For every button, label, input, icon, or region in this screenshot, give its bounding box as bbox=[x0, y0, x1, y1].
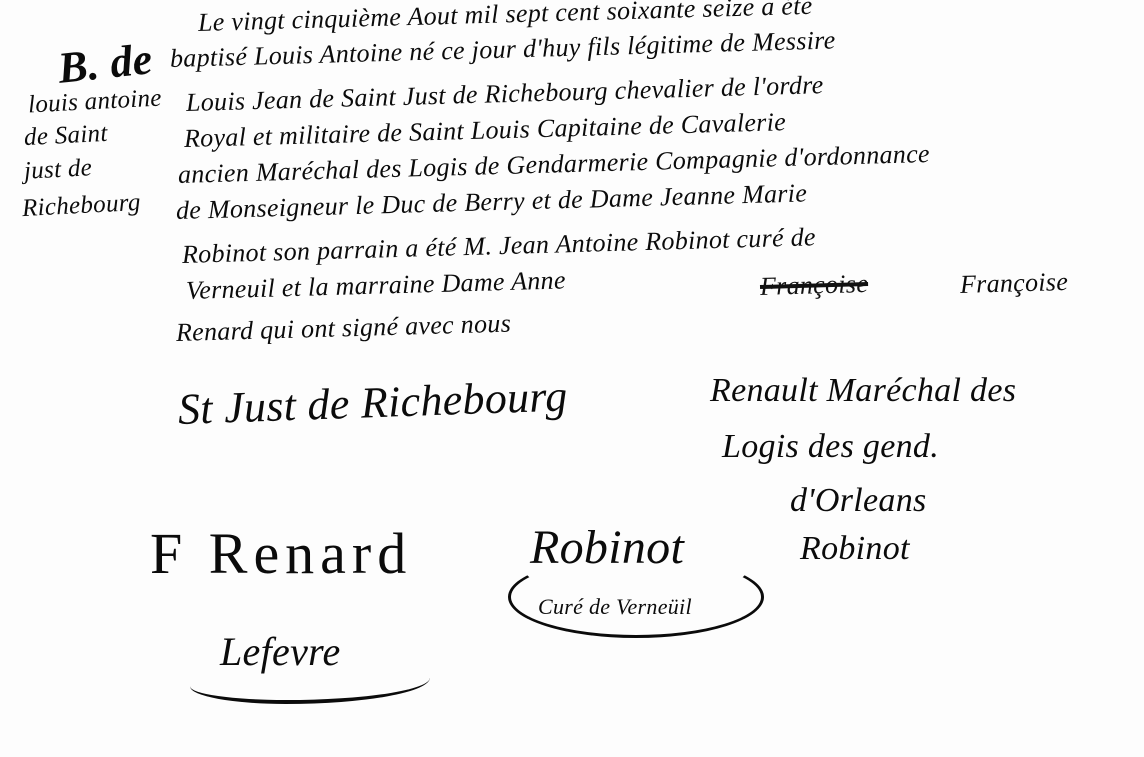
signature-witness-line-4: Robinot bbox=[800, 530, 910, 568]
signature-witness-line-2: Logis des gend. bbox=[722, 428, 939, 466]
signature-father: St Just de Richebourg bbox=[177, 370, 568, 435]
signature-witness-line-3: d'Orleans bbox=[790, 482, 927, 520]
signature-godmother: F Renard bbox=[150, 520, 412, 587]
margin-line-3: just de bbox=[23, 154, 92, 186]
document-page: B. de louis antoine de Saint just de Ric… bbox=[0, 0, 1144, 757]
struck-out-word: Françoise bbox=[760, 269, 869, 302]
margin-line-4: Richebourg bbox=[21, 189, 141, 223]
signature-priest: Robinot bbox=[530, 520, 684, 575]
body-line-8: Verneuil et la marraine Dame Anne bbox=[186, 265, 567, 306]
body-line-8-continued: Françoise bbox=[960, 267, 1069, 300]
margin-line-2: de Saint bbox=[23, 120, 108, 152]
signature-witness-line-1: Renault Maréchal des bbox=[710, 372, 1016, 410]
signature-priest-title: Curé de Verneüil bbox=[538, 594, 692, 620]
body-line-7: Robinot son parrain a été M. Jean Antoin… bbox=[182, 222, 817, 270]
margin-line-1: louis antoine bbox=[27, 85, 162, 120]
body-line-9: Renard qui ont signé avec nous bbox=[176, 309, 512, 348]
signature-bottom-flourish bbox=[190, 660, 430, 704]
